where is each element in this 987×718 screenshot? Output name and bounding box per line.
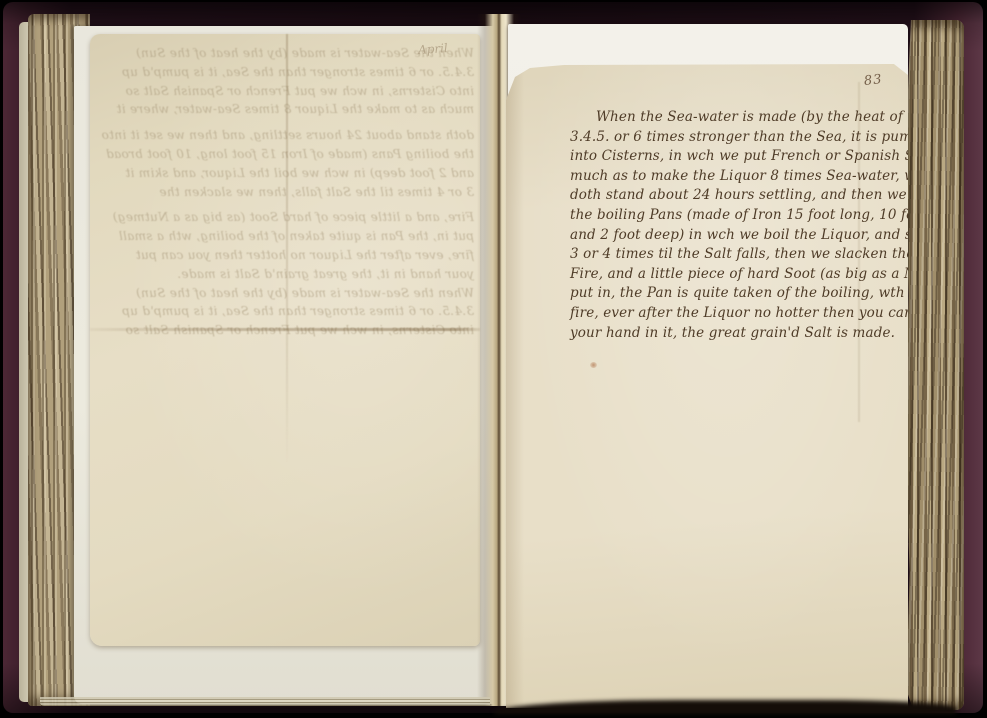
bleedthrough-line: and 2 foot deep) in wch we boil the Liqu…: [96, 164, 474, 183]
letter-left: When the Sea-water is made (by the heat …: [90, 34, 480, 646]
ink-stain: [590, 362, 597, 368]
page-number: 83: [863, 72, 883, 89]
bleedthrough-line: much as to make the Liquor 8 times Sea-w…: [96, 100, 474, 119]
manuscript-line: doth stand about 24 hours settling, and …: [570, 186, 914, 206]
book-photograph: When the Sea-water is made (by the heat …: [0, 0, 987, 718]
fold-crease-horizontal-left: [90, 328, 480, 331]
page-stack-bottom-left: [40, 697, 490, 706]
bleedthrough-line: the boiling Pans (made of Iron 15 foot l…: [96, 145, 474, 164]
manuscript-line: 3 or 4 times til the Salt falls, then we…: [570, 245, 914, 265]
fore-edge-right: [905, 20, 964, 710]
manuscript-line: fire, ever after the Liquor no hotter th…: [570, 304, 914, 324]
bleedthrough-line: fire, ever after the Liquor no hotter th…: [96, 246, 474, 265]
fold-crease-vertical-left: [286, 34, 288, 464]
bleedthrough-line: doth stand about 24 hours settling, and …: [96, 126, 474, 145]
manuscript-line: 3.4.5. or 6 times stronger than the Sea,…: [570, 128, 914, 148]
bleedthrough-line: 3.4.5. or 6 times stronger than the Sea,…: [96, 302, 474, 321]
manuscript-line: and 2 foot deep) in wch we boil the Liqu…: [570, 226, 914, 246]
manuscript-text: When the Sea-water is made (by the heat …: [570, 108, 914, 343]
bleedthrough-line: into Cisterns, in wch we put French or S…: [96, 82, 474, 101]
manuscript-line: your hand in it, the great grain'd Salt …: [570, 324, 914, 344]
manuscript-line: into Cisterns, in wch we put French or S…: [570, 147, 914, 167]
bleedthrough-line: put in, the Pan is quite taken of the bo…: [96, 227, 474, 246]
bleedthrough-text: When the Sea-water is made (by the heat …: [96, 44, 474, 374]
manuscript-line: much as to make the Liquor 8 times Sea-w…: [570, 167, 914, 187]
bottom-shadow-right: [494, 700, 956, 714]
letter-right: 83 When the Sea-water is made (by the he…: [506, 64, 908, 708]
bleedthrough-line: 3.4.5. or 6 times stronger than the Sea,…: [96, 63, 474, 82]
bleedthrough-line: Fire, and a little piece of hard Soot (a…: [96, 208, 474, 227]
manuscript-line: the boiling Pans (made of Iron 15 foot l…: [570, 206, 914, 226]
manuscript-line: put in, the Pan is quite taken of the bo…: [570, 284, 914, 304]
manuscript-line: When the Sea-water is made (by the heat …: [570, 108, 914, 128]
manuscript-line: Fire, and a little piece of hard Soot (a…: [570, 265, 914, 285]
annotation-april: April: [418, 41, 449, 57]
bleedthrough-line: When the Sea-water is made (by the heat …: [96, 284, 474, 303]
bleedthrough-line: 3 or 4 times til the Salt falls, then we…: [96, 183, 474, 202]
bleedthrough-line: your hand in it, the great grain'd Salt …: [96, 265, 474, 284]
